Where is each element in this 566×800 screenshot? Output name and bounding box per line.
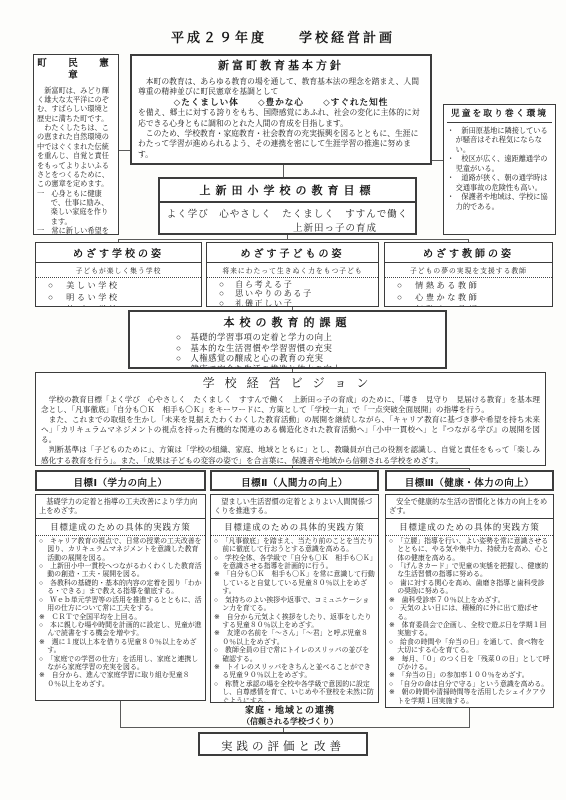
aim-teachers-items: ○ 情熱ある教師○ 心豊かな教師○ 行動する教師 <box>385 278 552 307</box>
school-goal-subject: 上新田っ子の育成 <box>160 220 415 234</box>
citizens-charter-title: 町 民 憲 章 <box>37 57 115 86</box>
connection-title: 家庭・地域との連携 <box>185 703 395 716</box>
goal-measure-item: ○ Ｗｅｂ単元学習等の活用を推進するとともに、活用の仕方について常に工夫をする。 <box>39 597 203 614</box>
environment-item: ・ 保護者や地域は、学校に協力的である。 <box>447 192 552 211</box>
educational-issues-items: ○ 基礎的学習事項の定着と学力の向上○ 基本的な生活習慣や学習習慣の充実○ 人権… <box>130 332 445 369</box>
aim-item: ○ 思いやりのある子 <box>219 289 378 298</box>
education-policy-paragraph: このため、学校教育・家庭教育・社会教育の充実振興を図るとともに、生涯にわたって学… <box>138 129 424 160</box>
goal2-content-box: 望ましい生活習慣の定着とよりよい人間関係づくりを推進する。 目標達成のための具体… <box>210 494 379 703</box>
goal-measure-item: ○ 「げんきカード」で児童の実態を把握し、健康的な生活習慣の指導に努める。 <box>389 563 551 580</box>
aim-item: ○ 伸びる学校 <box>48 304 201 307</box>
school-goal-title: 上新田小学校の教育目標 <box>160 179 415 203</box>
management-vision-paragraph: 判断基準は「子どものために」、方策は「学校の組織、家庭、地域とともに」とし、教職… <box>41 445 540 465</box>
education-policy-title: 新富町教育基本方針 <box>138 58 424 77</box>
goal-measure-item: ※ 自分から元気よく挨拶をしたり、返事をしたりする児童８０％以上をめざす。 <box>214 614 376 631</box>
connector <box>283 164 284 178</box>
aim-children-items: ○ 自ら考える子○ 思いやりのある子○ 礼儀正しい子○ よくがんばる子 <box>207 278 378 307</box>
goal-measure-item: ○ 給食の時間や「弁当の日」を通して、食べ物を大切にする心を育てる。 <box>389 639 551 656</box>
goal-measure-item: ○ 天気のよい日には、積極的に外に出て遊ばせる。 <box>389 605 551 622</box>
goal2-items: ○ 「凡事徹底」を踏まえ、当たり前のことを当たり前に徹底して行おうとする意識を高… <box>211 536 378 703</box>
connector <box>120 727 470 728</box>
evaluation-title: 実践の評価と改善 <box>200 734 366 754</box>
goal-measure-item: ※ トイレのスリッパをきちんと並べることができる児童９０％以上をめざす。 <box>214 664 376 681</box>
environment-item: ・ 校区が広く、遠距離通学の児童がいる。 <box>447 154 552 173</box>
children-environment-title: 児童を取り巻く環境 <box>447 107 552 123</box>
environment-item: ・ 新田原基地に隣接しているが騒音はそれ程気にならない。 <box>447 126 552 155</box>
environment-item: ・ 道路が狭く、朝の通学時は交通事故の危険性も高い。 <box>447 173 552 192</box>
educational-issues-box: 本校の教育的課題 ○ 基礎的学習事項の定着と学力の向上○ 基本的な生活習慣や学習… <box>128 310 447 369</box>
goal2-intro: 望ましい生活習慣の定着とよりよい人間関係づくりを推進する。 <box>211 495 378 519</box>
aim-teachers-box: めざす教師の姿 子どもの夢の実現を支援する教師 ○ 情熱ある教師○ 心豊かな教師… <box>384 242 553 307</box>
goal-measure-item: ○ キャリア教育の視点で、日常の授業の工夫改善を図り、カリキュラムマネジメントを… <box>39 538 203 563</box>
issue-item: ○ 基礎的学習事項の定着と学力の向上 <box>176 332 445 343</box>
home-community-connection: 家庭・地域との連携 （信頼される学校づくり） <box>185 703 395 727</box>
citizens-charter-paragraph: 新富町は、みどり輝く雄大な太平洋にのぞむ、すばらしい環境と歴史に満ちた町です。 <box>37 86 115 123</box>
management-vision-box: 学校経営ビジョン 学校の教育目標「よく学び 心やさしく たくましく すすんで働く… <box>35 372 546 466</box>
goal1-header: 目標Ⅰ（学力の向上） <box>35 470 206 491</box>
connector <box>469 707 470 728</box>
goal1-content-box: 基礎学力の定着と指導の工夫改善により学力向上をめざす。 目標達成のための具体的実… <box>35 494 206 701</box>
aim-item: ○ 明るい学校 <box>48 292 201 304</box>
aim-children-box: めざす子どもの姿 将来にわたって生きぬく力をもつ子ども ○ 自ら考える子○ 思い… <box>206 242 379 307</box>
goal2-subheader: 目標達成のための具体的実践方策 <box>211 519 378 536</box>
page-title: 平成２９年度 学校経営計画 <box>0 27 566 46</box>
goal-measure-item: ○ 「家庭での学習の仕方」を活用し、家庭と連携しながら家庭学習の充実を図る。 <box>39 656 203 673</box>
goal1-subheader: 目標達成のための具体的実践方策 <box>36 519 205 536</box>
aim-teachers-subtitle: 子どもの夢の実現を支援する教師 <box>385 263 552 278</box>
goal-measure-item: ○ 教師全員の目で常にトイレのスリッパの並びを確認する。 <box>214 647 376 664</box>
charter-item: 一 心身ともに健康で、仕事に励み、楽しい家庭を作ります。 <box>37 189 115 226</box>
aim-item: ○ 礼儀正しい子 <box>219 299 378 307</box>
citizens-charter-paragraph: わたくしたちは、この恵まれた自然環境の中ではぐくまれた伝統を重んじ、自覚と責任を… <box>37 123 115 189</box>
goal-measure-item: ○ 気持ちのよい挨拶や返事で、コミュニケーション力を育てる。 <box>214 597 376 614</box>
goal-measure-item: ○ 各教科の基礎的・基本的内容の定着を図り「わかる・できる」まで教える指導を徹底… <box>39 580 203 597</box>
aim-school-title: めざす学校の姿 <box>36 243 201 263</box>
goal-measure-item: ※ 「自分も〇Ｋ 相手も〇Ｋ」を常に意識して行動していると自覚している児童８０％… <box>214 571 376 596</box>
goal-measure-item: ○ 学校全体、各学級で「自分も〇Ｋ 相手も〇Ｋ」を意識させる指導を計画的に行う。 <box>214 555 376 572</box>
aim-item: ○ 自ら考える子 <box>219 280 378 289</box>
goal2-header: 目標Ⅱ（人間力の向上） <box>210 470 379 491</box>
aim-school-subtitle: 子どもが楽しく集う学校 <box>36 263 201 278</box>
educational-issues-title: 本校の教育的課題 <box>130 312 445 332</box>
children-environment-items: ・ 新田原基地に隣接しているが騒音はそれ程気にならない。・ 校区が広く、遠距離通… <box>447 126 552 212</box>
aim-item: ○ 心豊かな教師 <box>397 292 552 304</box>
school-goal-box: 上新田小学校の教育目標 よく学び 心やさしく たくましく すすんで働く 上新田っ… <box>158 177 417 235</box>
issue-item: ○ 基本的な生活習慣や学習習慣の充実 <box>176 343 445 354</box>
citizens-charter-items: 一 心身ともに健康で、仕事に励み、楽しい家庭を作ります。一 常に新しい希望をもち… <box>37 189 115 235</box>
goal-measure-item: ※ 体育委員会で企画し、全校で遊ぶ日を学期１回実施する。 <box>389 622 551 639</box>
goal-measure-item: ○ 歯に対する関心を高め、歯磨き指導と歯科受診の奨励に努める。 <box>389 580 551 597</box>
aim-teachers-title: めざす教師の姿 <box>385 243 552 263</box>
goal-measure-item: ○ 称賛と承認の場を全校や各学級で意図的に設定し、自尊感情を育て、いじめや不登校… <box>214 681 376 703</box>
education-policy-paragraph: 本町の教育は、あらゆる教育の場を通して、教育基本法の理念を踏まえ、人間尊重の精神… <box>138 77 424 98</box>
management-vision-paragraph: 学校の教育目標「よく学び 心やさしく たくましく すすんで働く 上新田っ子の育成… <box>41 395 540 415</box>
goal-measure-item: ○ 「立腰」指導を行い、よい姿勢を常に意識させるとともに、やる気や集中力、持続力… <box>389 538 551 563</box>
goal-measure-item: ※ 友達の名前を「〜さん」「〜君」と呼ぶ児童８０％以上をめざす。 <box>214 630 376 647</box>
connector <box>118 239 468 240</box>
charter-item: 一 常に新しい希望をもち、すすんで学び、教養を高めます。 <box>37 226 115 235</box>
goal-measure-item: ○ 本に親しむ場や時間を計画的に設定し、児童が進んで読書をする機会を増やす。 <box>39 622 203 639</box>
aim-children-subtitle: 将来にわたって生きぬく力をもつ子ども <box>207 263 378 278</box>
goal-measure-item: ○ 「凡事徹底」を踏まえ、当たり前のことを当たり前に徹底して行おうとする意識を高… <box>214 538 376 555</box>
education-policy-virtues: ◇たくましい体 ◇豊かな心 ◇すぐれた知性 <box>138 97 424 108</box>
goal-measure-item: ※ 歯科受診率７０％以上をめざす。 <box>389 597 551 605</box>
aim-children-title: めざす子どもの姿 <box>207 243 378 263</box>
issue-item: ○ 人権感覚の醸成と心の教育の充実 <box>176 353 445 364</box>
goal-measure-item: ※ 朝の時間や清掃時間等を活用したシェイクアウトを学期１回実施する。 <box>389 689 551 706</box>
goal-measure-item: ○ 上新田小中一貫校へつながるわくわくした教育活動の創造・工夫・展開を図る。 <box>39 563 203 580</box>
document-page: 平成２９年度 学校経営計画 町 民 憲 章 新富町は、みどり輝く雄大な太平洋にの… <box>0 0 566 800</box>
aim-school-box: めざす学校の姿 子どもが楽しく集う学校 ○ 美しい学校○ 明るい学校○ 伸びる学… <box>35 242 202 307</box>
goal1-items: ○ キャリア教育の視点で、日常の授業の工夫改善を図り、カリキュラムマネジメントを… <box>36 536 205 692</box>
goal1-intro: 基礎学力の定着と指導の工夫改善により学力向上をめざす。 <box>36 495 205 519</box>
aim-item: ○ 行動する教師 <box>397 304 552 307</box>
management-vision-title: 学校経営ビジョン <box>41 375 540 395</box>
connector <box>120 468 470 469</box>
goal3-subheader: 目標達成のための具体的実践方策 <box>386 519 553 536</box>
goal-measure-item: ※ ＣＲＴで全国平均を上回る。 <box>39 614 203 622</box>
goal3-items: ○ 「立腰」指導を行い、よい姿勢を常に意識させるとともに、やる気や集中力、持続力… <box>386 536 553 708</box>
citizens-charter-box: 町 民 憲 章 新富町は、みどり輝く雄大な太平洋にのぞむ、すばらしい環境と歴史に… <box>33 54 119 235</box>
goal-measure-item: ※ 週に１度以上本を借りる児童８０％以上をめざす。 <box>39 639 203 656</box>
goal-measure-item: ※ 「弁当の日」の参加率１００％をめざす。 <box>389 672 551 680</box>
connection-subtitle: （信頼される学校づくり） <box>185 716 395 727</box>
goal3-header: 目標Ⅲ（健康・体力の向上） <box>385 470 554 491</box>
school-goal-motto: よく学び 心やさしく たくましく すすんで働く <box>160 203 415 220</box>
aim-item: ○ 美しい学校 <box>48 280 201 292</box>
education-policy-box: 新富町教育基本方針 本町の教育は、あらゆる教育の場を通して、教育基本法の理念を踏… <box>130 54 432 165</box>
connector <box>120 700 121 728</box>
education-policy-paragraph: を備え、郷土に対する誇りをもち、国際感覚にあふれ、社会の変化に主体的に対応できる… <box>138 108 424 129</box>
goal-measure-item: ※ 自分から、進んで家庭学習に取り組む児童８０％以上をめざす。 <box>39 672 203 689</box>
goal3-intro: 安全で健康的な生活の習慣化と体力の向上をめざす。 <box>386 495 553 519</box>
evaluation-box: 実践の評価と改善 <box>198 732 368 756</box>
management-vision-paragraph: また、これまでの取組を生かし「未来を見据えたわくわくした教育活動」の展開を継続し… <box>41 415 540 445</box>
goal3-content-box: 安全で健康的な生活の習慣化と体力の向上をめざす。 目標達成のための具体的実践方策… <box>385 494 554 708</box>
children-environment-box: 児童を取り巻く環境 ・ 新田原基地に隣接しているが騒音はそれ程気にならない。・ … <box>443 104 556 235</box>
aim-school-items: ○ 美しい学校○ 明るい学校○ 伸びる学校 <box>36 278 201 307</box>
goal-measure-item: ※ 毎月、「０」のつく日を「残菜０の日」として呼びかける。 <box>389 656 551 673</box>
issue-item: ○ 健康で安全な生活の推進と体力の向上 <box>176 364 445 370</box>
aim-item: ○ 情熱ある教師 <box>397 280 552 292</box>
